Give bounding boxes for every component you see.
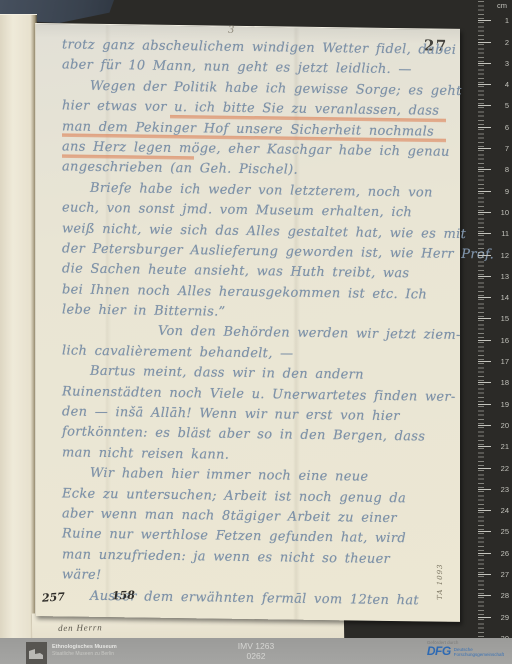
- ruler-cm-cell: 25: [478, 511, 512, 532]
- dfg-org-name: Deutsche Forschungsgemeinschaft: [454, 646, 504, 657]
- ruler-cm-cell: 10: [478, 192, 512, 213]
- museum-name: Ethnologisches Museum: [52, 644, 117, 651]
- museum-logo-icon: [26, 642, 47, 664]
- ruler-cm-cell: 3: [478, 43, 512, 64]
- ruler-cm-cell: 26: [478, 532, 512, 553]
- ruler-cm-cell: 7: [478, 128, 512, 149]
- ruler-cm-cell: 6: [478, 106, 512, 127]
- ruler-cm-cell: 30: [478, 618, 512, 639]
- ruler-cm-cell: 9: [478, 170, 512, 191]
- handwritten-letter-body: trotz ganz abscheulichem windigen Wetter…: [62, 37, 446, 613]
- ruler-cm-cell: 19: [478, 383, 512, 404]
- folio-number-left: 257: [42, 590, 66, 605]
- funding-credit: Gefördert durch DFG Deutsche Forschungsg…: [427, 640, 504, 657]
- footer-bar: Ethnologisches Museum Staatliche Museen …: [0, 638, 512, 664]
- pencil-page-mark: 3: [228, 25, 234, 36]
- ruler-cm-cell: 1: [478, 0, 512, 21]
- ruler-cm-cell: 15: [478, 298, 512, 319]
- ruler-cm-cell: 28: [478, 575, 512, 596]
- scan-reference: IMV 1263 0262: [238, 641, 274, 661]
- letter-page: 3 27 trotz ganz abscheulichem windigen W…: [35, 23, 460, 622]
- ruler-cm-cell: 18: [478, 362, 512, 383]
- vertical-archive-note: TA 1093: [436, 563, 444, 600]
- ruler-cm-cell: 16: [478, 319, 512, 340]
- dfg-wordmark: DFG: [427, 646, 451, 657]
- museum-logo-glyph: [28, 646, 45, 661]
- ruler-cm-cell: 5: [478, 85, 512, 106]
- digitized-manuscript-scan: den Herrn 3 27 trotz ganz abscheulichem …: [0, 0, 512, 664]
- museum-subtitle: Staatliche Museen zu Berlin: [52, 651, 117, 657]
- ruler-cm-cell: 8: [478, 149, 512, 170]
- ruler-cm-cell: 4: [478, 64, 512, 85]
- ruler-scale: 1 2 3 4 5 6 7 8 9 10 11 12: [478, 0, 512, 639]
- ruler-cm-cell: 11: [478, 213, 512, 234]
- folio-number-right: 158: [112, 589, 135, 603]
- ruler-cm-cell: 2: [478, 21, 512, 42]
- ruler-cm-cell: 14: [478, 277, 512, 298]
- ruler-cm-cell: 27: [478, 554, 512, 575]
- image-number: 0262: [238, 651, 274, 661]
- museum-branding: Ethnologisches Museum Staatliche Museen …: [26, 642, 117, 664]
- ruler-cm-cell: 13: [478, 256, 512, 277]
- ruler-cm-cell: 24: [478, 490, 512, 511]
- ruler-cm-cell: 17: [478, 341, 512, 362]
- ruler-cm-cell: 23: [478, 469, 512, 490]
- adjacent-page-edge: [0, 14, 37, 641]
- ruler: cm 1 2 3 4 5 6 7 8 9 10 1: [478, 0, 512, 664]
- reference-id: IMV 1263: [238, 641, 274, 651]
- ruler-cm-cell: 29: [478, 596, 512, 617]
- ruler-cm-cell: 22: [478, 447, 512, 468]
- dfg-logo: DFG Deutsche Forschungsgemeinschaft: [427, 646, 504, 657]
- typed-address-fragment: den Herrn: [58, 622, 103, 633]
- ruler-cm-cell: 20: [478, 405, 512, 426]
- ruler-cm-cell: 12: [478, 234, 512, 255]
- museum-text: Ethnologisches Museum Staatliche Museen …: [52, 642, 117, 657]
- ruler-cm-cell: 21: [478, 426, 512, 447]
